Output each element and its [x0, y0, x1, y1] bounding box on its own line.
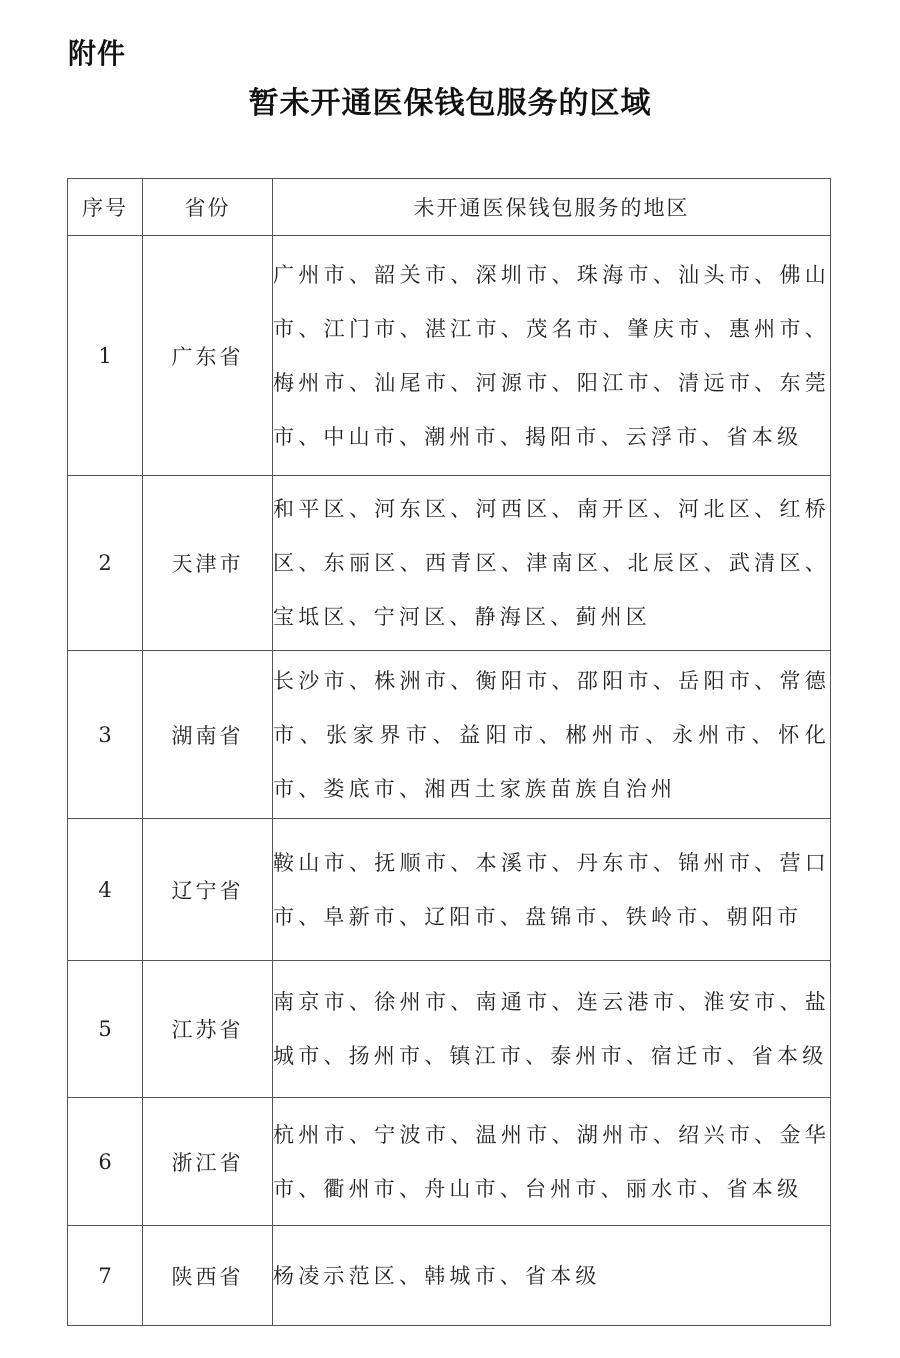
table-header-row: 序号 省份 未开通医保钱包服务的地区 — [68, 179, 831, 236]
row-index: 6 — [68, 1098, 143, 1226]
row-province: 浙江省 — [143, 1098, 273, 1226]
table-row: 7 陕西省 杨凌示范区、韩城市、省本级 — [68, 1226, 831, 1326]
row-areas: 广州市、韶关市、深圳市、珠海市、汕头市、佛山市、江门市、湛江市、茂名市、肇庆市、… — [273, 236, 831, 476]
row-areas: 杭州市、宁波市、温州市、湖州市、绍兴市、金华市、衢州市、舟山市、台州市、丽水市、… — [273, 1098, 831, 1226]
table-row: 3 湖南省 长沙市、株洲市、衡阳市、邵阳市、岳阳市、常德市、张家界市、益阳市、郴… — [68, 651, 831, 819]
table-row: 2 天津市 和平区、河东区、河西区、南开区、河北区、红桥区、东丽区、西青区、津南… — [68, 476, 831, 651]
document-title: 暂未开通医保钱包服务的区域 — [0, 82, 900, 126]
row-areas: 和平区、河东区、河西区、南开区、河北区、红桥区、东丽区、西青区、津南区、北辰区、… — [273, 476, 831, 651]
row-province: 湖南省 — [143, 651, 273, 819]
table-row: 1 广东省 广州市、韶关市、深圳市、珠海市、汕头市、佛山市、江门市、湛江市、茂名… — [68, 236, 831, 476]
row-index: 2 — [68, 476, 143, 651]
row-province: 辽宁省 — [143, 819, 273, 961]
row-index: 4 — [68, 819, 143, 961]
table-row: 4 辽宁省 鞍山市、抚顺市、本溪市、丹东市、锦州市、营口市、阜新市、辽阳市、盘锦… — [68, 819, 831, 961]
row-province: 江苏省 — [143, 961, 273, 1098]
row-province: 陕西省 — [143, 1226, 273, 1326]
header-areas: 未开通医保钱包服务的地区 — [273, 179, 831, 236]
row-index: 7 — [68, 1226, 143, 1326]
regions-table: 序号 省份 未开通医保钱包服务的地区 1 广东省 广州市、韶关市、深圳市、珠海市… — [67, 178, 831, 1326]
row-province: 天津市 — [143, 476, 273, 651]
row-areas: 长沙市、株洲市、衡阳市、邵阳市、岳阳市、常德市、张家界市、益阳市、郴州市、永州市… — [273, 651, 831, 819]
attachment-label: 附件 — [68, 34, 126, 74]
row-province: 广东省 — [143, 236, 273, 476]
header-index: 序号 — [68, 179, 143, 236]
row-areas: 鞍山市、抚顺市、本溪市、丹东市、锦州市、营口市、阜新市、辽阳市、盘锦市、铁岭市、… — [273, 819, 831, 961]
table-row: 6 浙江省 杭州市、宁波市、温州市、湖州市、绍兴市、金华市、衢州市、舟山市、台州… — [68, 1098, 831, 1226]
header-province: 省份 — [143, 179, 273, 236]
row-areas: 杨凌示范区、韩城市、省本级 — [273, 1226, 831, 1326]
row-index: 1 — [68, 236, 143, 476]
table-row: 5 江苏省 南京市、徐州市、南通市、连云港市、淮安市、盐城市、扬州市、镇江市、泰… — [68, 961, 831, 1098]
row-areas: 南京市、徐州市、南通市、连云港市、淮安市、盐城市、扬州市、镇江市、泰州市、宿迁市… — [273, 961, 831, 1098]
row-index: 5 — [68, 961, 143, 1098]
row-index: 3 — [68, 651, 143, 819]
